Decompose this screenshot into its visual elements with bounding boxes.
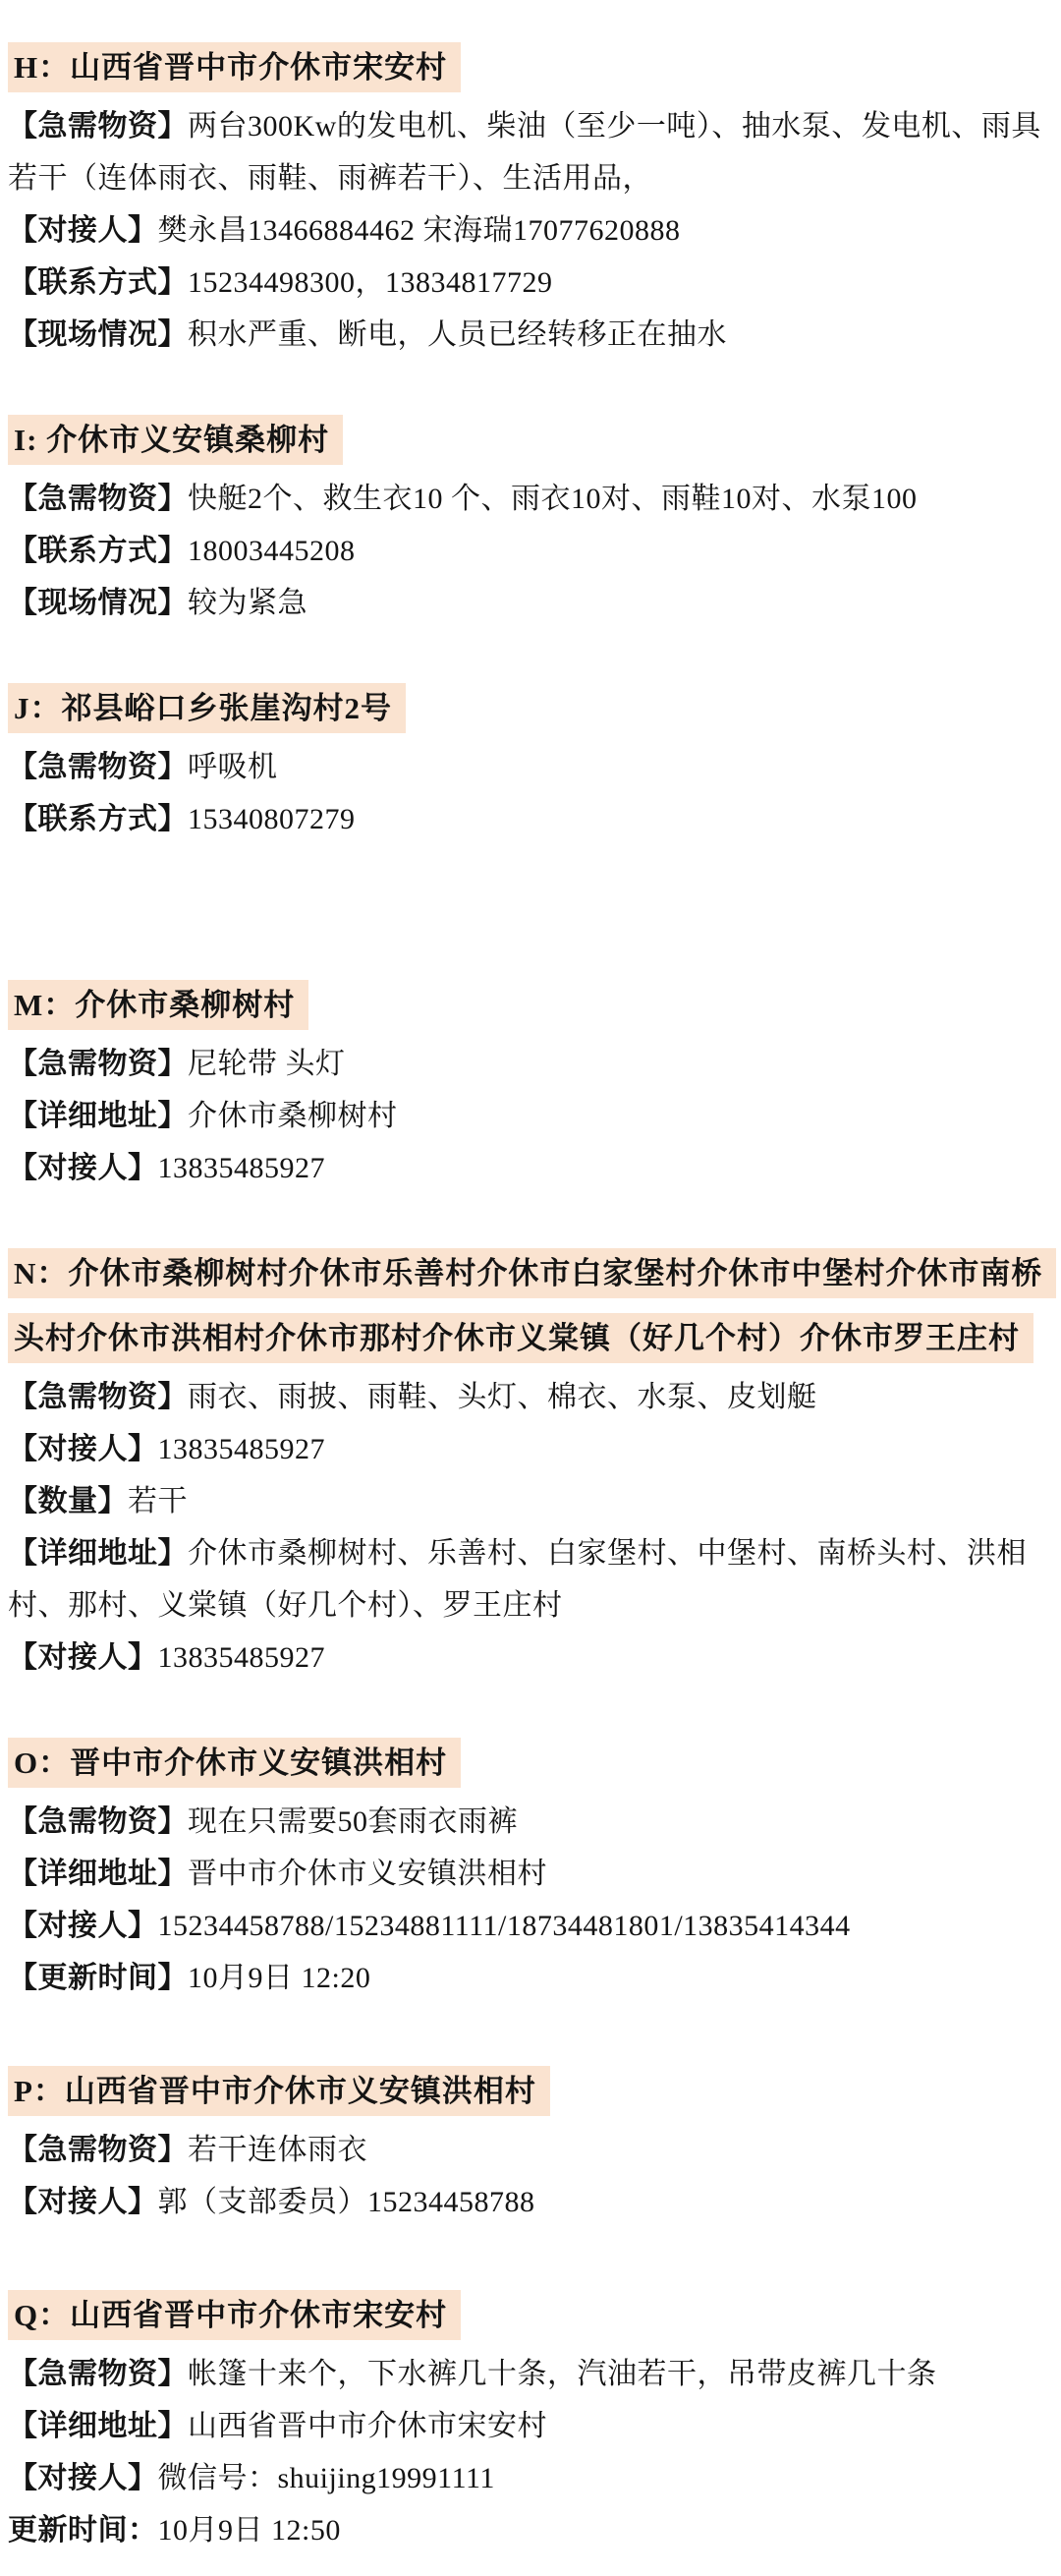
field-label: 【急需物资】 — [8, 751, 188, 783]
field-value: 介休市桑柳树村 — [188, 1100, 398, 1132]
field-label: 【对接人】 — [8, 2462, 158, 2494]
field-line: 更新时间：10月9日 12:50 — [8, 2504, 1055, 2556]
section-p: P：山西省晋中市介休市义安镇洪相村 【急需物资】若干连体雨衣 【对接人】郭（支部… — [8, 2059, 1055, 2228]
field-line: 【更新时间】10月9日 12:20 — [8, 1952, 1055, 2004]
field-value: 积水严重、断电，人员已经转移正在抽水 — [188, 318, 727, 351]
section-j: J：祁县峪口乡张崖沟村2号 【急需物资】呼吸机 【联系方式】1534080727… — [8, 676, 1055, 845]
field-value: 若干连体雨衣 — [188, 2134, 367, 2166]
field-label: 【急需物资】 — [8, 483, 188, 515]
field-label: 【对接人】 — [8, 1433, 158, 1465]
field-label: 【更新时间】 — [8, 1962, 188, 1994]
section-h-header: H：山西省晋中市介休市宋安村 — [8, 35, 1055, 100]
field-line: 【急需物资】两台300Kw的发电机、柴油（至少一吨）、抽水泵、发电机、雨具若干（… — [8, 100, 1055, 204]
field-line: 【现场情况】较为紧急 — [8, 577, 1055, 629]
section-n-title: N：介休市桑柳树村介休市乐善村介休市白家堡村介休市中堡村介休市南桥头村介休市洪相… — [8, 1248, 1056, 1363]
section-o: O：晋中市介休市义安镇洪相村 【急需物资】现在只需要50套雨衣雨裤 【详细地址】… — [8, 1731, 1055, 2004]
field-label: 【详细地址】 — [8, 1100, 188, 1132]
field-label: 【联系方式】 — [8, 266, 188, 299]
field-label: 【对接人】 — [8, 1910, 158, 1942]
field-value: 18003445208 — [188, 535, 356, 567]
field-value: 13835485927 — [158, 1152, 326, 1184]
field-label: 更新时间： — [8, 2514, 158, 2547]
field-label: 【现场情况】 — [8, 318, 188, 351]
field-value: 快艇2个、救生衣10 个、雨衣10对、雨鞋10对、水泵100 — [188, 483, 918, 515]
field-line: 【急需物资】呼吸机 — [8, 741, 1055, 793]
field-line: 【急需物资】尼轮带 头灯 — [8, 1038, 1055, 1090]
field-value: 雨衣、雨披、雨鞋、头灯、棉衣、水泵、皮划艇 — [188, 1381, 817, 1413]
field-line: 【急需物资】若干连体雨衣 — [8, 2124, 1055, 2176]
field-line: 【急需物资】帐篷十来个，下水裤几十条，汽油若干，吊带皮裤几十条 — [8, 2348, 1055, 2400]
field-line: 【对接人】郭（支部委员）15234458788 — [8, 2176, 1055, 2228]
section-j-title: J：祁县峪口乡张崖沟村2号 — [8, 683, 406, 733]
field-label: 【急需物资】 — [8, 1805, 188, 1838]
field-label: 【联系方式】 — [8, 803, 188, 835]
field-line: 【联系方式】15234498300，13834817729 — [8, 257, 1055, 309]
field-value: 郭（支部委员）15234458788 — [158, 2186, 535, 2218]
field-label: 【详细地址】 — [8, 1537, 188, 1570]
field-line: 【详细地址】介休市桑柳树村 — [8, 1090, 1055, 1142]
section-q-title: Q：山西省晋中市介休市宋安村 — [8, 2290, 461, 2340]
field-value: 微信号：shuijing19991111 — [158, 2462, 495, 2494]
field-line: 【对接人】微信号：shuijing19991111 — [8, 2452, 1055, 2504]
field-label: 【联系方式】 — [8, 535, 188, 567]
section-h: H：山西省晋中市介休市宋安村 【急需物资】两台300Kw的发电机、柴油（至少一吨… — [8, 35, 1055, 361]
section-o-header: O：晋中市介休市义安镇洪相村 — [8, 1731, 1055, 1796]
field-value: 10月9日 12:50 — [158, 2514, 341, 2547]
relief-supplies-document: H：山西省晋中市介休市宋安村 【急需物资】两台300Kw的发电机、柴油（至少一吨… — [0, 0, 1061, 2576]
section-i-title: I: 介休市义安镇桑柳村 — [8, 415, 343, 465]
field-line: 【对接人】13835485927 — [8, 1142, 1055, 1194]
field-line: 【急需物资】快艇2个、救生衣10 个、雨衣10对、雨鞋10对、水泵100 — [8, 473, 1055, 525]
field-value: 呼吸机 — [188, 751, 278, 783]
field-line: 【数量】若干 — [8, 1475, 1055, 1527]
field-line: 【详细地址】晋中市介休市义安镇洪相村 — [8, 1848, 1055, 1900]
section-m-title: M：介休市桑柳树村 — [8, 980, 308, 1030]
section-n-header: N：介休市桑柳树村介休市乐善村介休市白家堡村介休市中堡村介休市南桥头村介休市洪相… — [8, 1241, 1055, 1371]
field-label: 【详细地址】 — [8, 2410, 188, 2442]
field-line: 【详细地址】山西省晋中市介休市宋安村 — [8, 2400, 1055, 2452]
field-line: 【对接人】樊永昌13466884462 宋海瑞17077620888 — [8, 204, 1055, 257]
section-i: I: 介休市义安镇桑柳村 【急需物资】快艇2个、救生衣10 个、雨衣10对、雨鞋… — [8, 408, 1055, 629]
section-m-header: M：介休市桑柳树村 — [8, 973, 1055, 1038]
field-value: 帐篷十来个，下水裤几十条，汽油若干，吊带皮裤几十条 — [188, 2358, 937, 2390]
field-line: 【急需物资】现在只需要50套雨衣雨裤 — [8, 1796, 1055, 1848]
section-m: M：介休市桑柳树村 【急需物资】尼轮带 头灯 【详细地址】介休市桑柳树村 【对接… — [8, 973, 1055, 1194]
field-label: 【对接人】 — [8, 2186, 158, 2218]
field-value: 10月9日 12:20 — [188, 1962, 370, 1994]
field-label: 【急需物资】 — [8, 1381, 188, 1413]
field-label: 【详细地址】 — [8, 1858, 188, 1890]
section-i-header: I: 介休市义安镇桑柳村 — [8, 408, 1055, 473]
field-line: 【联系方式】15340807279 — [8, 793, 1055, 845]
field-value: 尼轮带 头灯 — [188, 1048, 346, 1080]
field-line: 【对接人】13835485927 — [8, 1631, 1055, 1684]
field-line: 【联系方式】18003445208 — [8, 525, 1055, 577]
section-p-title: P：山西省晋中市介休市义安镇洪相村 — [8, 2066, 550, 2116]
field-line: 【对接人】15234458788/15234881111/18734481801… — [8, 1900, 1055, 1952]
field-value: 较为紧急 — [188, 587, 307, 619]
field-label: 【急需物资】 — [8, 1048, 188, 1080]
field-value: 若干 — [128, 1485, 188, 1517]
section-q: Q：山西省晋中市介休市宋安村 【急需物资】帐篷十来个，下水裤几十条，汽油若干，吊… — [8, 2283, 1055, 2556]
field-line: 【对接人】13835485927 — [8, 1423, 1055, 1475]
field-value: 现在只需要50套雨衣雨裤 — [188, 1805, 518, 1838]
section-n: N：介休市桑柳树村介休市乐善村介休市白家堡村介休市中堡村介休市南桥头村介休市洪相… — [8, 1241, 1055, 1684]
field-value: 13835485927 — [158, 1433, 326, 1465]
field-value: 13835485927 — [158, 1641, 326, 1674]
field-value: 晋中市介休市义安镇洪相村 — [188, 1858, 547, 1890]
field-value: 15234458788/15234881111/18734481801/1383… — [158, 1910, 851, 1942]
section-o-title: O：晋中市介休市义安镇洪相村 — [8, 1738, 461, 1788]
field-label: 【急需物资】 — [8, 110, 188, 143]
field-label: 【对接人】 — [8, 1641, 158, 1674]
section-q-header: Q：山西省晋中市介休市宋安村 — [8, 2283, 1055, 2348]
section-p-header: P：山西省晋中市介休市义安镇洪相村 — [8, 2059, 1055, 2124]
field-label: 【数量】 — [8, 1485, 128, 1517]
field-line: 【现场情况】积水严重、断电，人员已经转移正在抽水 — [8, 309, 1055, 361]
field-label: 【急需物资】 — [8, 2134, 188, 2166]
section-j-header: J：祁县峪口乡张崖沟村2号 — [8, 676, 1055, 741]
field-value: 山西省晋中市介休市宋安村 — [188, 2410, 547, 2442]
field-label: 【急需物资】 — [8, 2358, 188, 2390]
field-label: 【现场情况】 — [8, 587, 188, 619]
field-value: 15340807279 — [188, 803, 356, 835]
field-line: 【详细地址】介休市桑柳树村、乐善村、白家堡村、中堡村、南桥头村、洪相村、那村、义… — [8, 1527, 1055, 1631]
field-value: 15234498300，13834817729 — [188, 266, 553, 299]
field-value: 樊永昌13466884462 宋海瑞17077620888 — [158, 214, 681, 247]
field-line: 【急需物资】雨衣、雨披、雨鞋、头灯、棉衣、水泵、皮划艇 — [8, 1371, 1055, 1423]
field-label: 【对接人】 — [8, 1152, 158, 1184]
section-h-title: H：山西省晋中市介休市宋安村 — [8, 42, 461, 92]
field-label: 【对接人】 — [8, 214, 158, 247]
